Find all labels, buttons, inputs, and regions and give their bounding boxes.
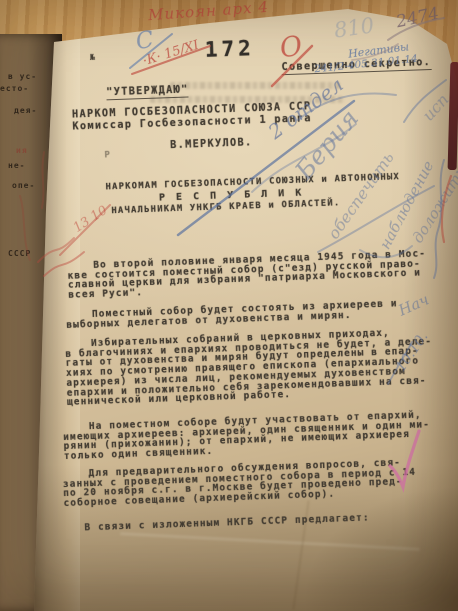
document-number-symbol: № [90, 53, 95, 62]
approval-stamp-label: "УТВЕРЖДАЮ" [106, 84, 189, 100]
body-paragraph-5: Для предварительного обсуждения вопросов… [62, 458, 416, 509]
stray-typed-letter: Р [104, 150, 110, 160]
body-paragraph-1: Во второй половине января месяца 1945 го… [67, 249, 427, 300]
body-paragraph-4: На поместном соборе будут участвовать от… [63, 410, 431, 462]
typed-text-layer: № 172 Совершенно секретно. "УТВЕРЖДАЮ" Н… [0, 0, 458, 611]
signature-name: В.МЕРКУЛОВ. [170, 137, 253, 151]
page-number-stamp: 172 [204, 36, 255, 62]
book-cover-edge [448, 62, 458, 170]
secrecy-label: Совершенно секретно. [281, 57, 431, 75]
closing-line: В связи с изложенным НКГБ СССР предлагае… [58, 513, 370, 534]
body-paragraph-3: Избирательных собраний в церковных прихо… [65, 327, 434, 408]
archival-document-photo: в ус- есто- дея- ия не- опе- СССР № 172 … [0, 0, 458, 611]
body-paragraph-2: Поместный собор будет состоять из архиер… [66, 299, 398, 330]
